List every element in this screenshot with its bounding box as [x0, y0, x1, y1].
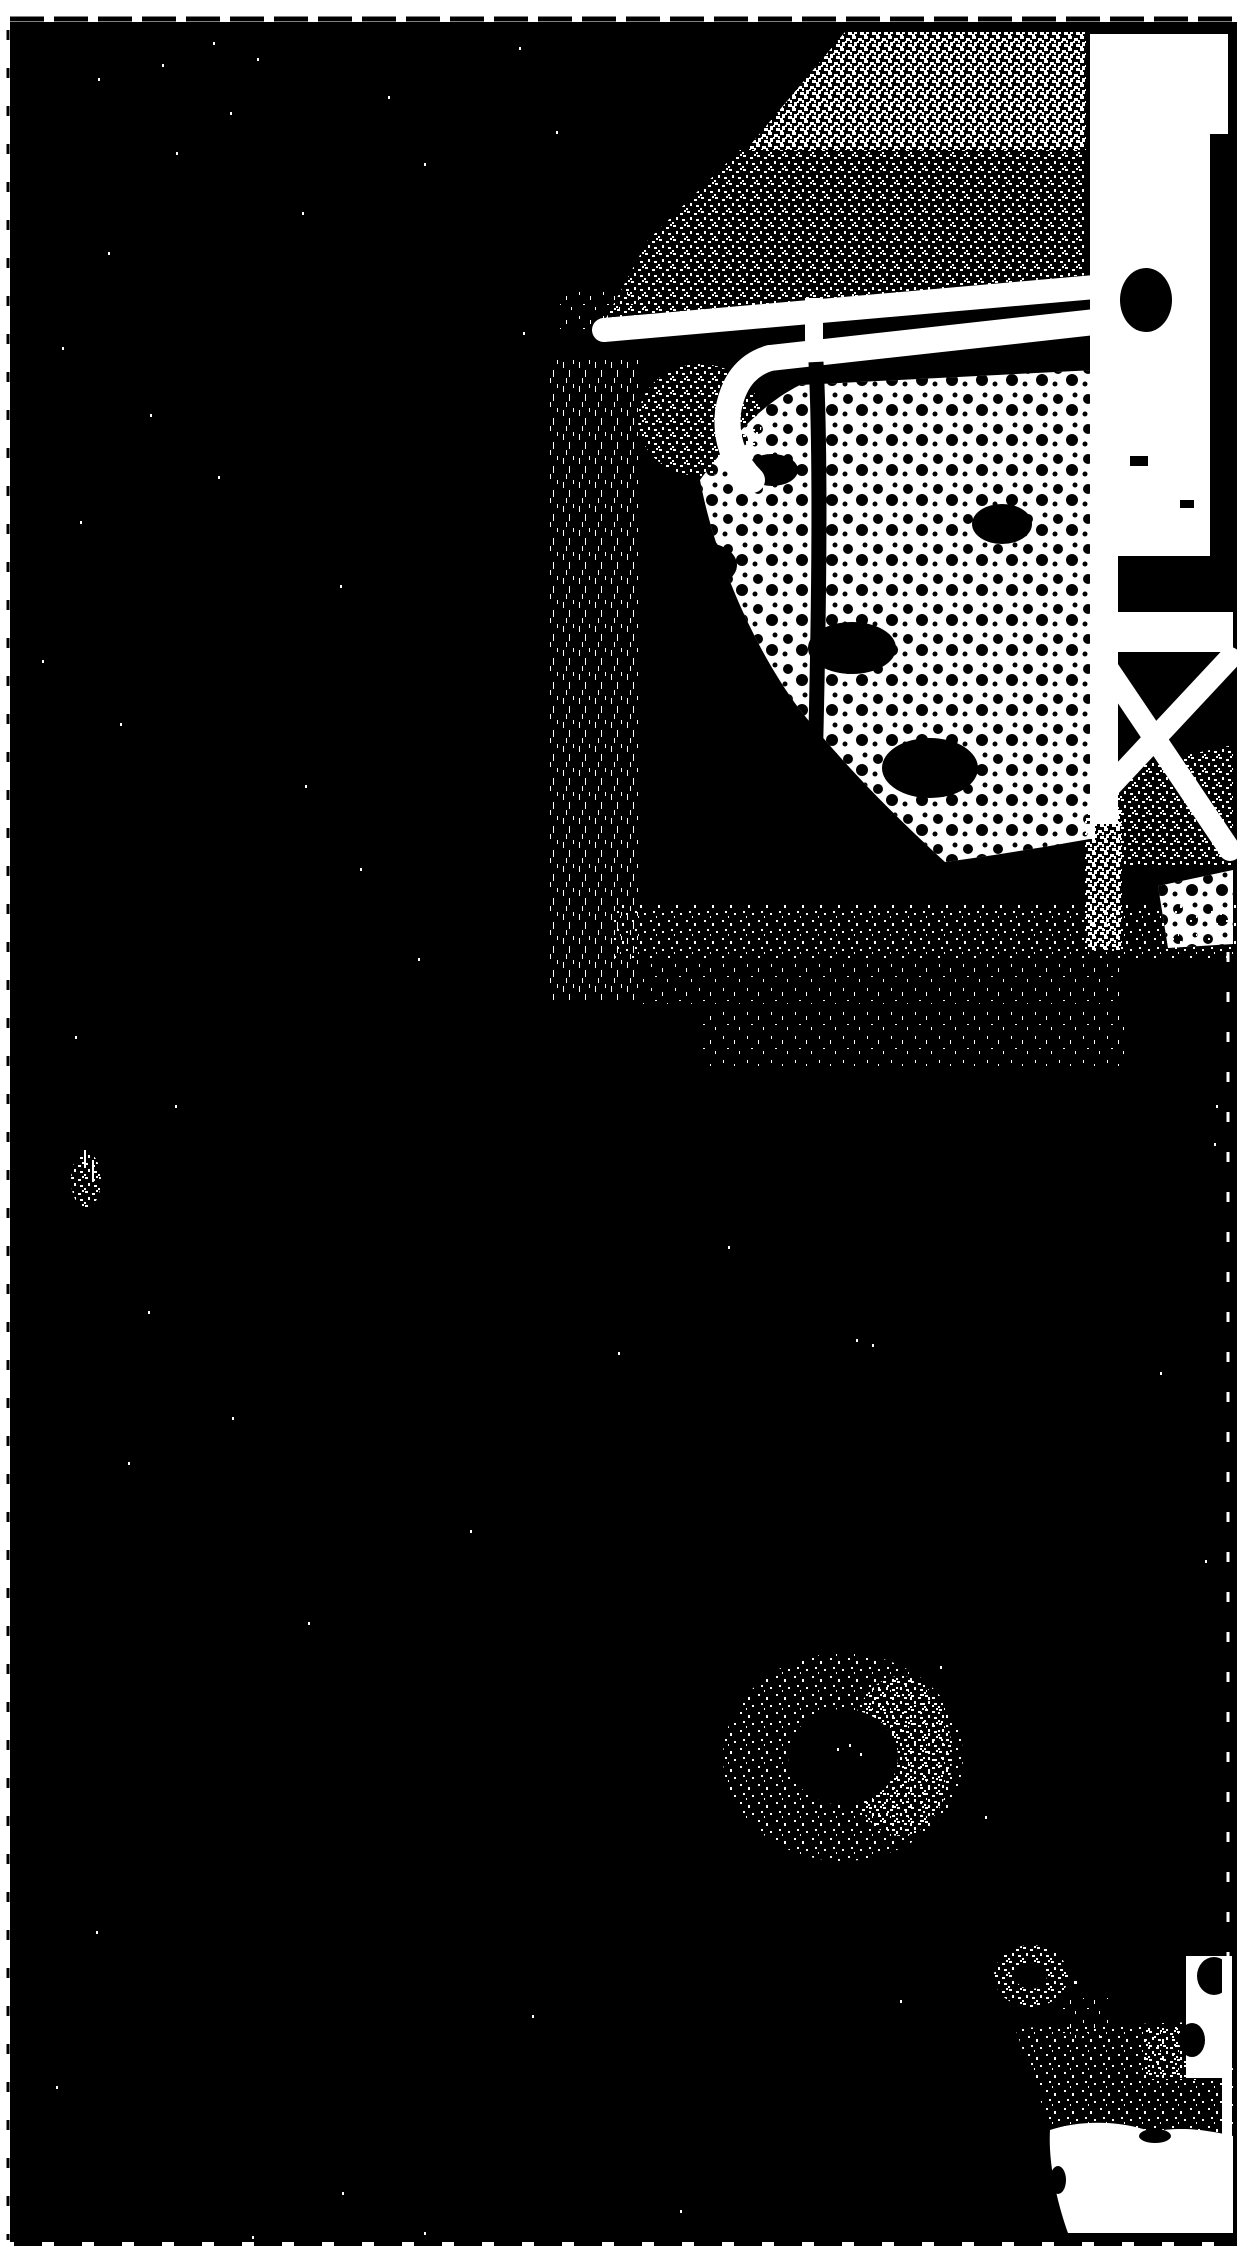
speck [470, 1530, 472, 1533]
speck [532, 2015, 534, 2018]
speck [128, 1462, 130, 1465]
panel-dark-chip-1 [1130, 456, 1148, 466]
corner-column-blob-2 [1179, 2023, 1205, 2057]
corner-blob-ragged-edge [1050, 2166, 1066, 2194]
speck [388, 96, 390, 99]
speck [424, 163, 426, 166]
speck [1214, 1143, 1216, 1146]
speck [680, 2210, 682, 2213]
scanned-page: Very dark, high-contrast scanned photogr… [0, 0, 1240, 2247]
photo-field [8, 19, 1237, 2244]
speck [305, 785, 307, 788]
speck [900, 2000, 902, 2003]
speck [162, 64, 164, 67]
speck [257, 58, 259, 61]
speck [342, 2192, 344, 2195]
equipment-shadow-1 [673, 543, 737, 587]
panel-column [1118, 134, 1210, 558]
speck [148, 1311, 150, 1314]
speck [213, 42, 215, 45]
vertical-post [1085, 34, 1122, 950]
speck [418, 958, 420, 961]
speck [108, 252, 110, 255]
speck [856, 1339, 858, 1342]
speck [80, 521, 82, 524]
corner-ring-dot [1074, 1981, 1077, 1984]
speck [519, 47, 521, 50]
speck [728, 1246, 730, 1249]
speck [837, 1748, 839, 1751]
speck [302, 212, 304, 215]
floor-speckle-faint [700, 1008, 1130, 1066]
panel-dark-blob [1120, 268, 1172, 332]
panel-dark-chip-2 [1180, 500, 1194, 508]
speck [120, 723, 122, 726]
speck [340, 585, 342, 588]
speck [849, 1744, 851, 1747]
panel-cross-band [1118, 556, 1236, 612]
speck [98, 78, 100, 81]
halftone-photograph [0, 0, 1240, 2247]
speck [230, 112, 232, 115]
floor-speckle-main [612, 904, 1237, 958]
ring-hub-hole [788, 1709, 898, 1805]
small-mark-dash-1 [84, 1150, 86, 1168]
speck [360, 868, 362, 871]
post-shaft [1090, 34, 1118, 824]
speck [556, 131, 558, 134]
speck [75, 1036, 77, 1039]
corner-blob-notch [1139, 2129, 1171, 2143]
speck [175, 1105, 177, 1108]
speck [232, 1417, 234, 1420]
speck [96, 1931, 98, 1934]
speck [1160, 1372, 1162, 1375]
corner-streak-faint [1062, 1998, 1108, 2038]
speck [176, 152, 178, 155]
corner-ring-hole [1015, 1963, 1047, 1989]
speck [523, 332, 525, 335]
equipment-shadow-3 [972, 504, 1032, 544]
floor-speckle-lower [640, 962, 1120, 1004]
edge-line-solid [1222, 1956, 1232, 2233]
speck [618, 1352, 620, 1355]
panel-top-block [1118, 34, 1228, 134]
speck [985, 1816, 987, 1819]
speck [42, 660, 44, 663]
speck [860, 1753, 862, 1756]
speck [872, 1344, 874, 1347]
speck [940, 1666, 942, 1669]
speck [1216, 1105, 1218, 1108]
equipment-shadow-4 [882, 738, 978, 798]
speck [218, 476, 220, 479]
speck [308, 1622, 310, 1625]
speck [424, 2232, 426, 2235]
speck [56, 2086, 58, 2089]
speck [1205, 1560, 1207, 1563]
photo-rect [10, 22, 1237, 2242]
speck [252, 2236, 254, 2239]
small-mark-dash-2 [92, 1160, 94, 1182]
wheel-ring [723, 1653, 963, 1861]
speck [62, 347, 64, 350]
panel-lower-band [1118, 612, 1233, 652]
speck [150, 414, 152, 417]
